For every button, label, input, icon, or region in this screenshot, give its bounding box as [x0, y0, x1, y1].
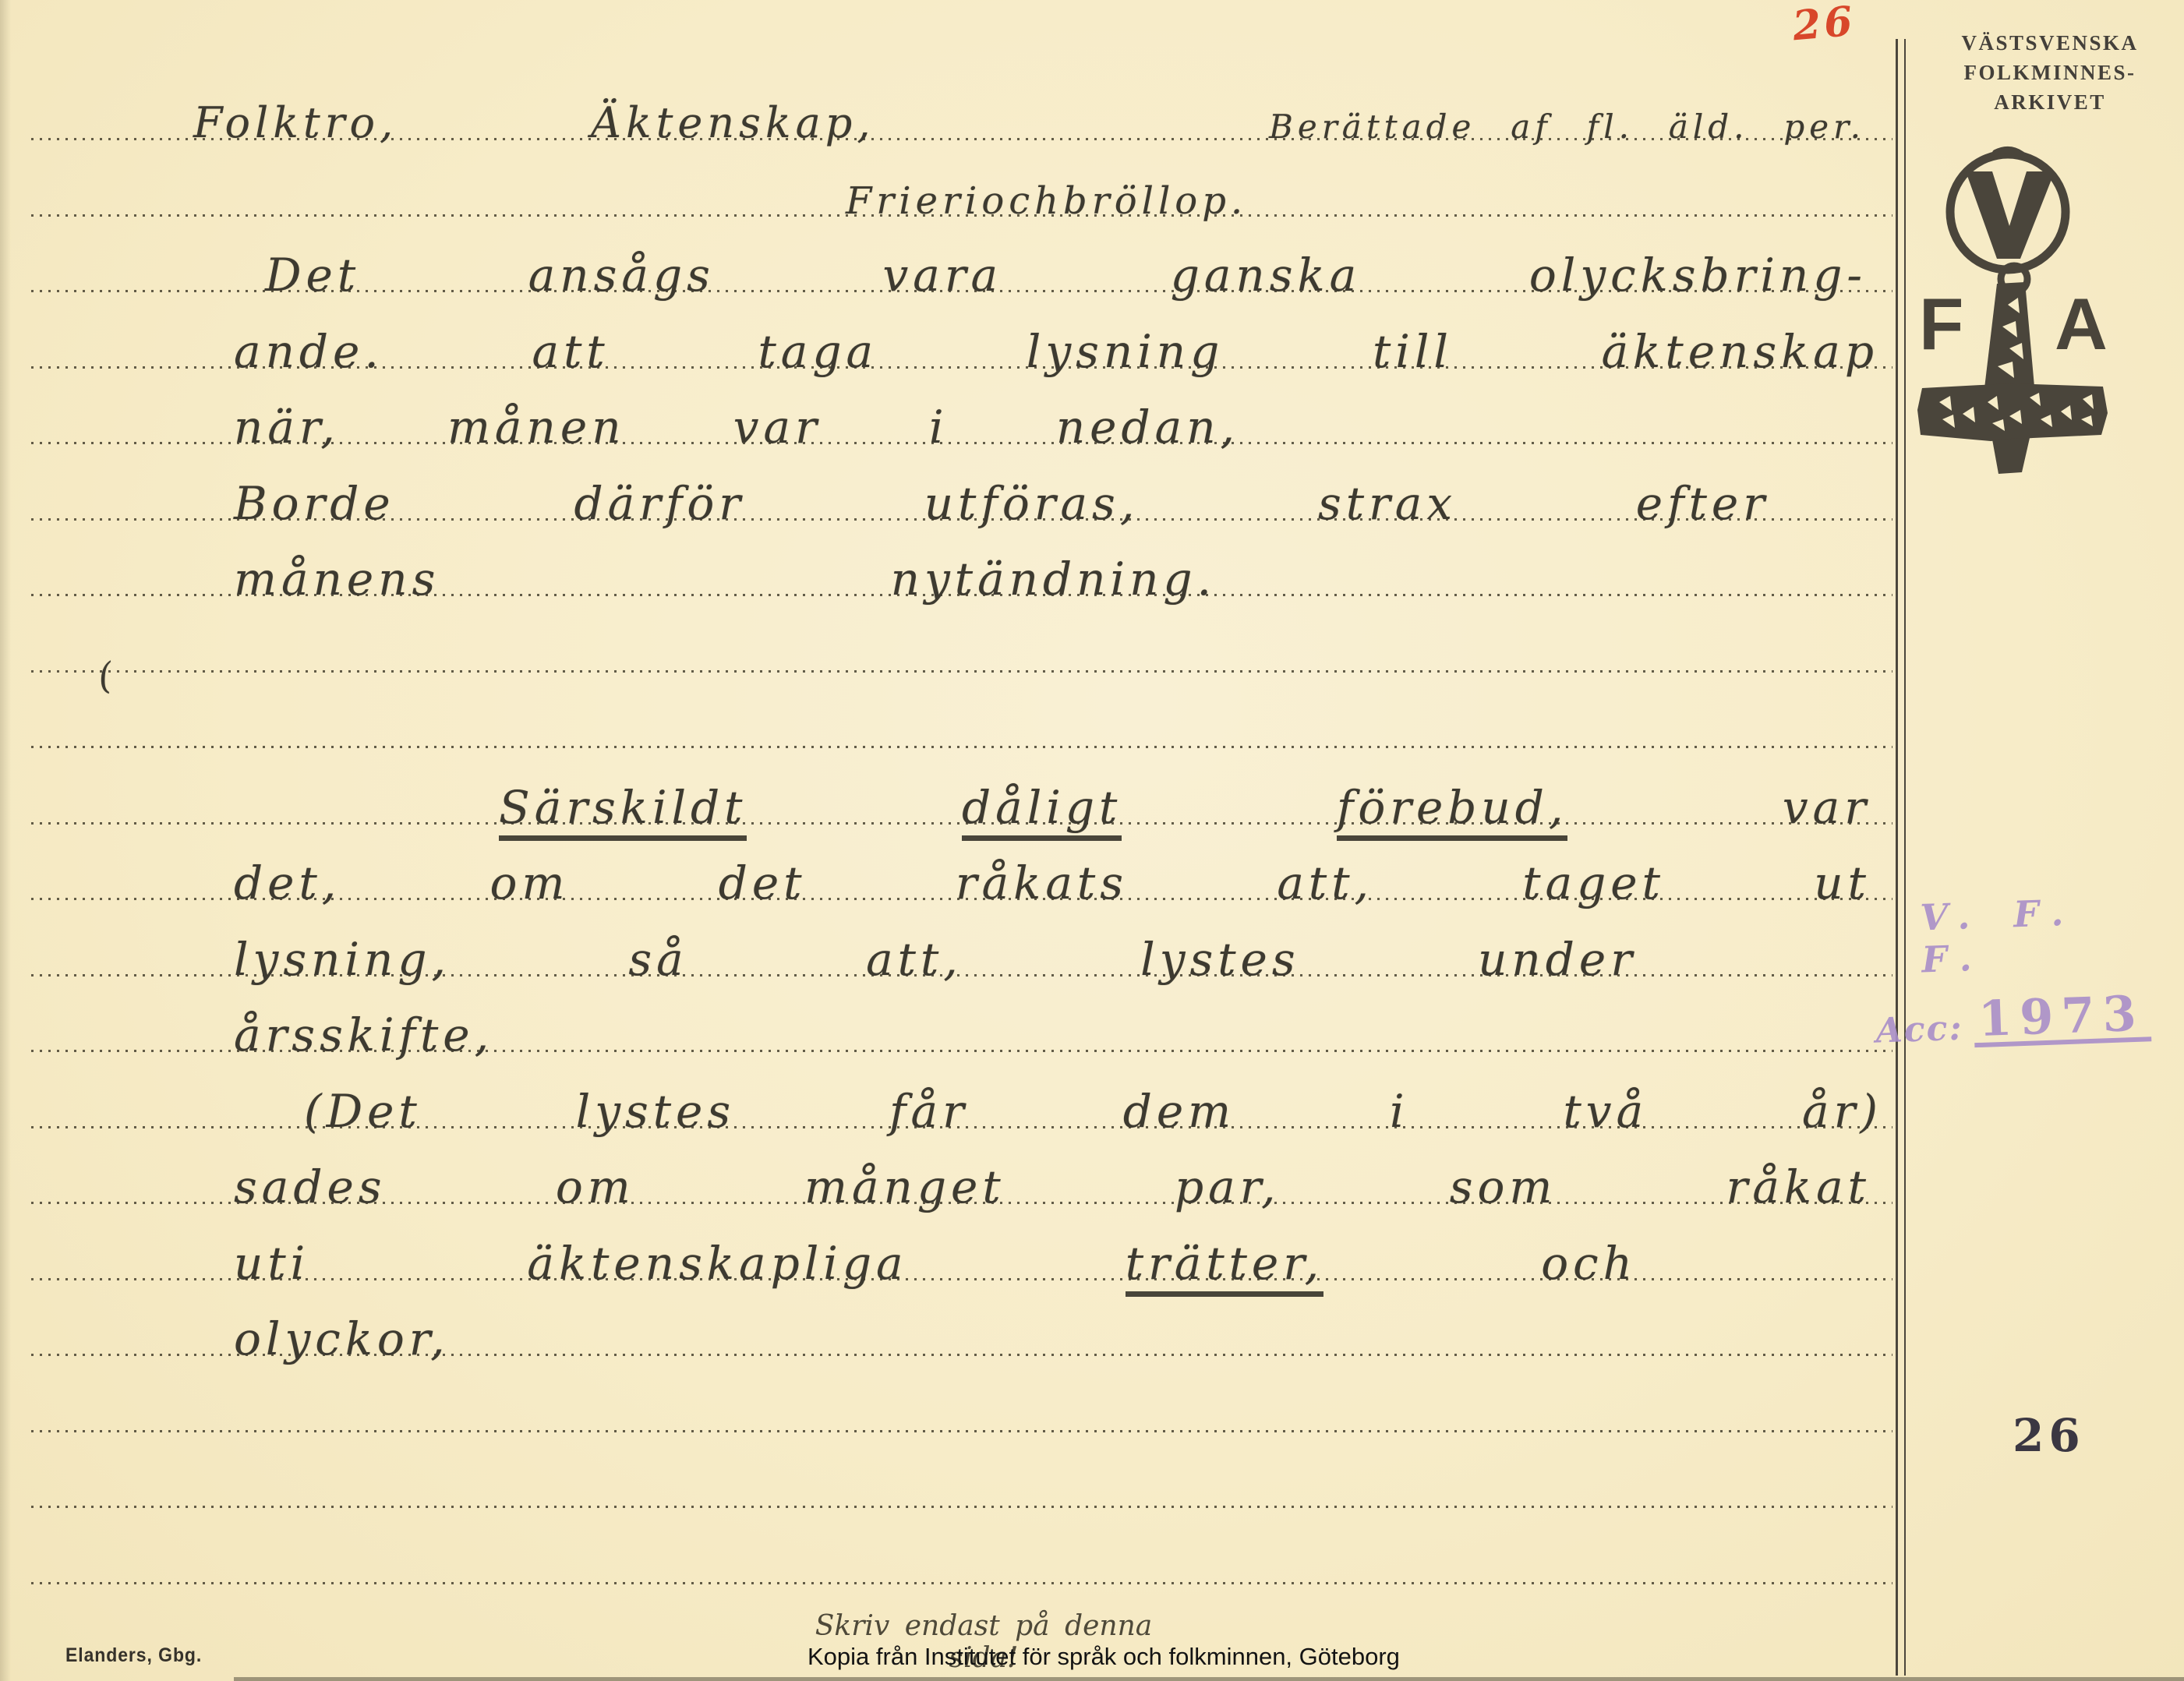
handwritten-line: det,omdetråkatsatt,tagetut — [234, 859, 1871, 909]
handwritten-line: (Detlystesfårdemitvåår) — [304, 1087, 1882, 1137]
handwritten-word: strax — [1318, 479, 1457, 529]
ruled-line — [31, 1582, 1892, 1584]
handwritten-word: ut — [1814, 859, 1871, 909]
handwritten-word: utföras, — [924, 479, 1140, 529]
handwritten-line: lysning,såatt,lystesunder — [234, 935, 1637, 985]
copy-attribution-note: Kopia från Institutet för språk och folk… — [808, 1643, 1400, 1671]
ruled-line — [31, 1506, 1892, 1508]
handwritten-word: per. — [1783, 109, 1865, 145]
handwritten-word: ( — [96, 655, 120, 697]
handwritten-word: förebud, — [1337, 783, 1567, 841]
archive-name-line: ARKIVET — [1916, 87, 2184, 117]
handwritten-folio-number: 26 — [1790, 0, 1857, 50]
handwritten-line: utiäktenskapligaträtter,och — [234, 1239, 1637, 1297]
archive-name-line: VÄSTSVENSKA — [1916, 28, 2184, 58]
handwritten-word: och — [981, 181, 1063, 222]
handwritten-word: det, — [234, 859, 341, 909]
handwritten-word: var — [733, 403, 822, 453]
handwritten-word: ansågs — [528, 251, 715, 301]
handwritten-line: Äktenskap, — [591, 100, 875, 146]
handwritten-line: Folktro, — [193, 100, 398, 146]
handwritten-word: att — [532, 327, 610, 377]
handwritten-line: Särskildtdåligtförebud,var — [499, 783, 1871, 841]
handwritten-word: år) — [1802, 1087, 1882, 1137]
handwritten-word: vara — [882, 251, 1002, 301]
handwritten-line: Bordedärförutföras,straxefter — [234, 479, 1769, 529]
handwritten-line: ande.atttagalysningtilläktenskap — [234, 327, 1878, 377]
handwritten-word: lysning, — [234, 935, 451, 985]
handwritten-word: bröllop. — [1063, 181, 1247, 222]
handwritten-line: olyckor, — [234, 1315, 450, 1365]
handwritten-word: ganska — [1171, 251, 1362, 301]
handwritten-word: månens — [234, 555, 440, 605]
handwritten-word: råkats — [956, 859, 1128, 909]
margin-separator-line-2 — [1904, 39, 1906, 1676]
handwritten-word: och — [1541, 1239, 1637, 1297]
handwritten-word: Borde — [234, 479, 395, 529]
handwritten-word: som — [1450, 1163, 1557, 1213]
handwritten-word: lystes — [576, 1087, 735, 1137]
handwritten-line: ( — [96, 655, 120, 697]
handwritten-word: när, — [234, 403, 340, 453]
handwritten-word: lystes — [1140, 935, 1299, 985]
handwritten-word: Folktro, — [193, 100, 398, 146]
handwritten-word: därför — [574, 479, 745, 529]
logo-letter-f: F — [1919, 283, 1963, 365]
handwritten-word: sades — [234, 1163, 387, 1213]
handwritten-word: äktenskap — [1602, 327, 1878, 377]
ruled-line — [31, 1430, 1892, 1432]
handwritten-word: råkat — [1726, 1163, 1871, 1213]
handwritten-word: fl. — [1587, 109, 1634, 145]
scan-edge-artifact — [234, 1677, 2184, 1681]
handwritten-word: Särskildt — [499, 783, 747, 841]
handwritten-word: äld. — [1669, 109, 1749, 145]
handwritten-line: Berättadeaffl.äld.per. — [1269, 109, 1865, 145]
handwritten-word: månget — [804, 1163, 1005, 1213]
handwritten-word: Berättade — [1269, 109, 1475, 145]
handwritten-word: så — [628, 935, 687, 985]
stamp-initials: V. F. F. — [1920, 888, 2171, 980]
handwritten-word: af — [1511, 109, 1552, 145]
handwritten-word: lysning — [1027, 327, 1224, 377]
handwritten-word: månen — [447, 403, 626, 453]
handwritten-word: Frieri — [846, 181, 981, 222]
handwritten-word: taga — [758, 327, 878, 377]
handwritten-word: Det — [265, 251, 360, 301]
handwritten-word: ande. — [234, 327, 383, 377]
handwritten-word: det — [719, 859, 807, 909]
printed-page-number: 26 — [2013, 1409, 2085, 1462]
handwritten-word: att, — [866, 935, 963, 985]
handwritten-word: var — [1783, 783, 1871, 841]
accession-stamp: V. F. F. Acc: 1973 — [1871, 888, 2173, 1051]
handwritten-word: olyckor, — [234, 1315, 450, 1365]
printer-imprint: Elanders, Gbg. — [65, 1644, 202, 1667]
handwritten-line: årsskifte, — [234, 1011, 493, 1061]
handwritten-word: taget — [1522, 859, 1665, 909]
archive-name-header: VÄSTSVENSKAFOLKMINNES-ARKIVET — [1916, 28, 2184, 117]
ruled-line — [31, 746, 1892, 748]
handwritten-word: att, — [1277, 859, 1373, 909]
handwritten-line: Frieriochbröllop. — [846, 181, 1196, 222]
handwritten-line: när,månenvarinedan, — [234, 403, 1239, 453]
handwritten-word: årsskifte, — [234, 1011, 493, 1061]
handwritten-word: nytändning. — [891, 555, 1216, 605]
handwritten-word: äktenskapliga — [527, 1239, 907, 1297]
ruled-line — [31, 670, 1892, 673]
handwritten-word: Äktenskap, — [591, 100, 875, 146]
handwritten-word: dåligt — [962, 783, 1122, 841]
stamp-acc-label: Acc: — [1875, 1008, 1964, 1051]
handwritten-word: olycksbring- — [1529, 251, 1867, 301]
scanned-archive-page: 26 VÄSTSVENSKAFOLKMINNES-ARKIVET — [0, 0, 2184, 1681]
stamp-acc-number: 1973 — [1973, 991, 2151, 1047]
archive-logo-thors-hammer-icon: F A — [1916, 145, 2112, 480]
handwritten-line: sadesommångetpar,sområkat — [234, 1163, 1871, 1213]
handwritten-line: Detansågsvaraganskaolycksbring- — [265, 251, 1867, 301]
handwritten-word: under — [1478, 935, 1637, 985]
handwritten-word: efter — [1636, 479, 1769, 529]
handwritten-word: trätter, — [1126, 1239, 1323, 1297]
handwritten-word: får — [889, 1087, 969, 1137]
handwritten-word: i — [929, 403, 949, 453]
handwritten-line: månensnytändning. — [234, 555, 1216, 605]
handwritten-word: om — [490, 859, 570, 909]
handwritten-word: dem — [1123, 1087, 1235, 1137]
margin-separator-line — [1896, 39, 1898, 1676]
handwritten-word: uti — [234, 1239, 309, 1297]
archive-name-line: FOLKMINNES- — [1916, 58, 2184, 87]
handwritten-word: till — [1373, 327, 1453, 377]
handwritten-word: par, — [1175, 1163, 1281, 1213]
scan-left-shadow — [0, 0, 11, 1681]
handwritten-word: två — [1564, 1087, 1649, 1137]
logo-letter-a: A — [2055, 283, 2108, 365]
handwritten-word: nedan, — [1056, 403, 1239, 453]
handwritten-word: i — [1390, 1087, 1409, 1137]
handwritten-word: (Det — [304, 1087, 422, 1137]
handwritten-word: om — [556, 1163, 635, 1213]
